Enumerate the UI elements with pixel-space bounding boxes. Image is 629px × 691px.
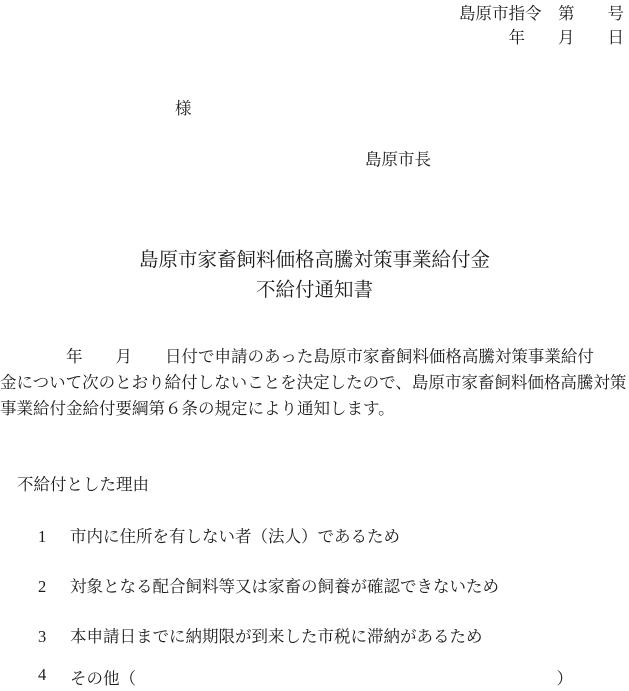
- document-title: 島原市家畜飼料価格高騰対策事業給付金 不給付通知書: [0, 246, 629, 305]
- document-title-line1: 島原市家畜飼料価格高騰対策事業給付金: [0, 246, 629, 276]
- reason-text: 市内に住所を有しない者（法人）であるため: [70, 527, 400, 546]
- reason-number: 3: [38, 627, 70, 647]
- reason-item-4: 4その他（）: [38, 665, 573, 689]
- directive-number-line: 島原市指令 第 号: [459, 2, 624, 26]
- reason-item-3: 3本申請日までに納期限が到来した市税に滞納があるため: [38, 623, 483, 647]
- reason-text: 対象となる配合飼料等又は家畜の飼養が確認できないため: [70, 577, 499, 596]
- reason-number: 2: [38, 577, 70, 597]
- reason-text: 本申請日までに納期限が到来した市税に滞納があるため: [70, 627, 483, 646]
- reasons-heading: 不給付とした理由: [17, 471, 149, 495]
- document-title-line2: 不給付通知書: [0, 276, 629, 306]
- reason-number: 1: [38, 527, 70, 547]
- reason-text-close-paren: ）: [557, 665, 574, 689]
- date-line: 年 月 日: [459, 26, 624, 50]
- reason-item-2: 2対象となる配合飼料等又は家畜の飼養が確認できないため: [38, 573, 499, 597]
- document-page: 島原市指令 第 号 年 月 日 様 島原市長 島原市家畜飼料価格高騰対策事業給付…: [0, 0, 629, 691]
- body-line: 金について次のとおり給付しないことを決定したので、島原市家畜飼料価格高騰対策: [0, 370, 629, 396]
- body-line: 年 月 日付で申請のあった島原市家畜飼料価格高騰対策事業給付: [0, 344, 629, 370]
- sender-name: 島原市長: [365, 146, 431, 170]
- reason-text: その他（: [70, 665, 136, 689]
- blank-fill-space: [136, 665, 557, 689]
- body-line: 事業給付金給付要綱第６条の規定により通知します。: [0, 396, 629, 422]
- reason-item-1: 1市内に住所を有しない者（法人）であるため: [38, 523, 400, 547]
- body-paragraph: 年 月 日付で申請のあった島原市家畜飼料価格高騰対策事業給付 金について次のとお…: [0, 344, 629, 422]
- addressee-honorific: 様: [175, 95, 192, 119]
- document-header: 島原市指令 第 号 年 月 日: [459, 2, 624, 50]
- reason-number: 4: [38, 665, 70, 689]
